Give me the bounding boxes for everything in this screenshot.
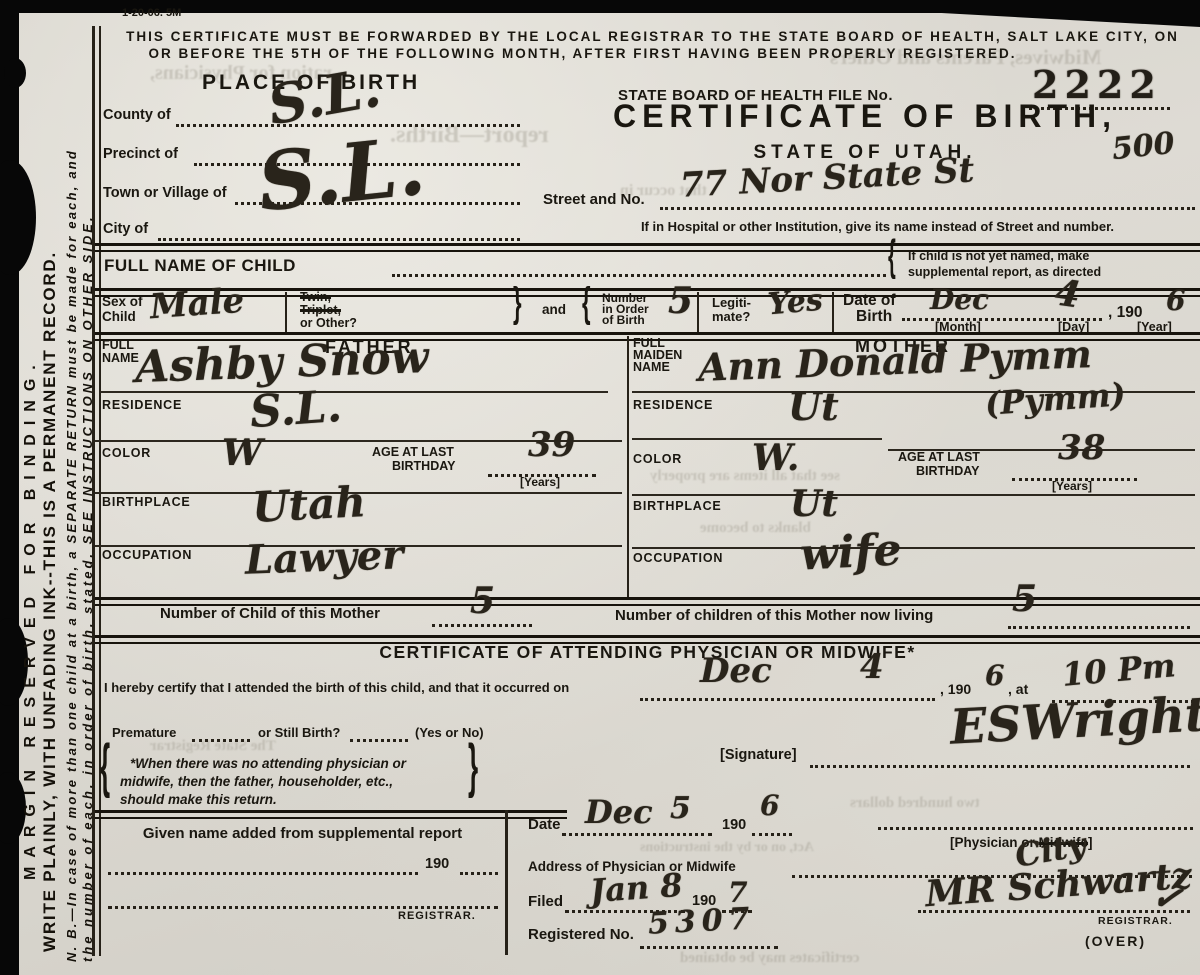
date-year-value: 6 xyxy=(760,793,779,818)
occurred-year-prefix: , 190 xyxy=(940,682,971,697)
father-residence-label: RESIDENCE xyxy=(102,399,182,412)
dob-year-prefix: , 190 xyxy=(1108,305,1142,321)
county-value: S.L. xyxy=(265,63,384,130)
street-line xyxy=(660,207,1195,210)
mother-age-value: 38 xyxy=(1058,433,1105,464)
date-year-prefix: 190 xyxy=(722,818,746,833)
child-not-named-note-line1: If child is not yet named, make xyxy=(908,250,1089,263)
father-name-value: Ashby Snow xyxy=(134,338,429,388)
certify-statement: I hereby certify that I attended the bir… xyxy=(104,681,569,695)
dob-label-line1: Date of xyxy=(843,293,896,309)
father-birthplace-label: BIRTHPLACE xyxy=(102,496,191,509)
stillbirth-line xyxy=(350,739,408,742)
mother-name-alt-value: (Pymm) xyxy=(984,380,1126,419)
cell-divider xyxy=(832,292,834,332)
margin-write-plainly-note: WRITE PLAINLY, WITH UNFADING INK--THIS I… xyxy=(40,251,60,952)
date-line xyxy=(562,833,712,836)
or-other-option: or Other? xyxy=(300,317,357,330)
child-number-line xyxy=(432,624,532,627)
father-age-label-line1: AGE AT LAST xyxy=(372,446,454,459)
mother-birthplace-value: Ut xyxy=(790,488,838,520)
paper-background: Midwives, Parents and Others ration for … xyxy=(0,0,1200,975)
signature-line xyxy=(810,765,1190,768)
row-line xyxy=(100,391,608,393)
supplemental-line2 xyxy=(108,906,498,909)
mother-birthplace-label: BIRTHPLACE xyxy=(633,500,722,513)
row-line xyxy=(632,494,1195,496)
children-living-value: 5 xyxy=(1012,583,1037,615)
child-name-line xyxy=(392,274,886,277)
cell-divider xyxy=(285,292,287,332)
certify-line xyxy=(640,698,935,701)
bleed-through-text: two hundred dollars xyxy=(850,795,980,812)
child-name-label: FULL NAME OF CHILD xyxy=(104,257,296,275)
section-rule xyxy=(95,288,1200,297)
physician-signature-value: ESWright xyxy=(949,693,1200,750)
dob-label-line2: Birth xyxy=(856,309,892,325)
filed-label: Filed xyxy=(528,894,563,910)
and-word: and xyxy=(542,303,566,317)
note-brace: { xyxy=(888,235,896,279)
mother-occupation-value: wife xyxy=(799,530,902,575)
bleed-through-text: Act, on or by the instructions xyxy=(640,840,814,856)
print-code: 1-20-06. 5M xyxy=(122,8,181,20)
sex-label-line2: Child xyxy=(102,310,136,324)
occurred-year-value: 6 xyxy=(985,663,1004,688)
registered-no-line xyxy=(640,946,778,949)
mother-age-label-line1: AGE AT LAST xyxy=(898,451,980,464)
father-occupation-value: Lawyer xyxy=(244,537,403,579)
mother-residence-label: RESIDENCE xyxy=(633,399,713,412)
registered-no-label: Registered No. xyxy=(528,927,634,943)
supplemental-box-label: Given name added from supplemental repor… xyxy=(110,826,495,842)
ink-blot xyxy=(4,58,26,88)
ink-blot xyxy=(0,160,36,275)
father-name-label-line2: NAME xyxy=(102,352,139,365)
box-top-rule xyxy=(95,810,567,819)
forward-instruction-line1: THIS CERTIFICATE MUST BE FORWARDED BY TH… xyxy=(110,30,1195,44)
premature-line xyxy=(192,739,250,742)
footnote-brace-right: } xyxy=(468,735,478,795)
footnote-line3: should make this return. xyxy=(120,793,277,807)
supplemental-year-line xyxy=(460,872,498,875)
hospital-note: If in Hospital or other Institution, giv… xyxy=(560,220,1195,234)
date-year-line xyxy=(752,833,792,836)
and-brace-right: { xyxy=(582,282,591,324)
mother-age-label-line2: BIRTHDAY xyxy=(916,465,979,478)
forward-instruction-line2: OR BEFORE THE 5TH OF THE FOLLOWING MONTH… xyxy=(40,47,1125,61)
supplemental-line1 xyxy=(108,872,418,875)
physician-bracket-line xyxy=(878,827,1193,830)
mother-occupation-label: OCCUPATION xyxy=(633,552,723,565)
mother-color-label: COLOR xyxy=(633,453,682,466)
father-color-value: W xyxy=(222,437,262,469)
scan-edge-top-right xyxy=(930,0,1200,27)
physician-certificate-heading: CERTIFICATE OF ATTENDING PHYSICIAN OR MI… xyxy=(95,643,1200,661)
date-day-value: 5 xyxy=(670,795,691,822)
aux-number-value: 500 xyxy=(1111,130,1176,163)
footnote-line2: midwife, then the father, householder, e… xyxy=(120,775,393,789)
precinct-label: Precinct of xyxy=(103,147,178,162)
father-color-label: COLOR xyxy=(102,447,151,460)
occurred-month-value: Dec xyxy=(700,656,772,687)
child-number-value: 5 xyxy=(470,585,495,617)
child-number-label: Number of Child of this Mother xyxy=(160,606,380,622)
children-living-label: Number of children of this Mother now li… xyxy=(615,608,933,624)
mother-name-value: Ann Donald Pymm xyxy=(698,337,1093,385)
registered-no-value: 5307 xyxy=(647,905,756,938)
city-label: City of xyxy=(103,222,148,237)
mother-name-label-line3: NAME xyxy=(633,361,670,374)
dob-month-value: Dec xyxy=(930,287,989,312)
legitimate-label-line1: Legiti- xyxy=(712,296,751,310)
occurred-time-value: 10 Pm xyxy=(1061,651,1177,690)
father-years-bracket: [Years] xyxy=(520,476,560,489)
occurred-at-word: , at xyxy=(1008,682,1028,697)
order-value: 5 xyxy=(668,285,693,317)
street-label: Street and No. xyxy=(543,192,645,208)
margin-binding-note: MARGIN RESERVED FOR BINDING. xyxy=(22,356,40,880)
county-label: County of xyxy=(103,108,171,123)
father-occupation-label: OCCUPATION xyxy=(102,549,192,562)
father-birthplace-value: Utah xyxy=(251,483,367,527)
row-line xyxy=(632,547,1195,549)
supplemental-year-prefix: 190 xyxy=(425,857,449,872)
date-month-value: Dec xyxy=(585,798,653,827)
sex-value: Male xyxy=(149,286,245,323)
dob-year-value: 6 xyxy=(1166,288,1185,313)
city-line xyxy=(158,238,520,241)
father-age-label-line2: BIRTHDAY xyxy=(392,460,455,473)
scanned-birth-certificate: { "doc": { "print_code": "1-20-06. 5M", … xyxy=(0,0,1200,975)
order-label-line3: of Birth xyxy=(602,314,645,327)
footnote-brace-left: { xyxy=(100,735,110,795)
filed-date-value: Jan 8 xyxy=(589,871,683,906)
sex-label-line1: Sex of xyxy=(102,295,143,309)
occurred-day-value: 4 xyxy=(860,652,884,683)
town-value: S.L. xyxy=(255,129,428,218)
signature-label: [Signature] xyxy=(720,748,797,763)
father-residence-value: S.L. xyxy=(249,387,343,433)
premature-label: Premature xyxy=(112,726,176,740)
date-label: Date xyxy=(528,817,561,833)
box-registrar-label: REGISTRAR. xyxy=(398,911,476,923)
footnote-line1: *When there was no attending physician o… xyxy=(130,757,406,771)
mother-color-value: W. xyxy=(752,442,799,474)
cell-divider xyxy=(697,292,699,332)
margin-nb-note-line1: N. B.—In case of more than one child at … xyxy=(64,149,79,962)
legitimate-value: Yes xyxy=(767,287,824,319)
certificate-title: CERTIFICATE OF BIRTH, xyxy=(535,100,1195,134)
father-age-value: 39 xyxy=(528,430,575,461)
parent-column-divider xyxy=(627,336,629,597)
legitimate-label-line2: mate? xyxy=(712,310,750,324)
dob-day-value: 4 xyxy=(1053,276,1082,312)
children-living-line xyxy=(1008,626,1190,629)
checkmark: ✓ xyxy=(1149,880,1184,917)
bleed-through-text: certificates may be obtained xyxy=(680,950,860,967)
town-label: Town or Village of xyxy=(103,186,227,201)
over-label: (OVER) xyxy=(1085,934,1146,949)
stillbirth-label: or Still Birth? xyxy=(258,726,340,740)
bracket-post: ] xyxy=(1088,835,1093,850)
mother-residence-value: Ut xyxy=(788,390,839,424)
box-right-rule xyxy=(505,810,508,955)
mother-years-bracket: [Years] xyxy=(1052,480,1092,493)
and-brace-left: } xyxy=(513,282,522,324)
